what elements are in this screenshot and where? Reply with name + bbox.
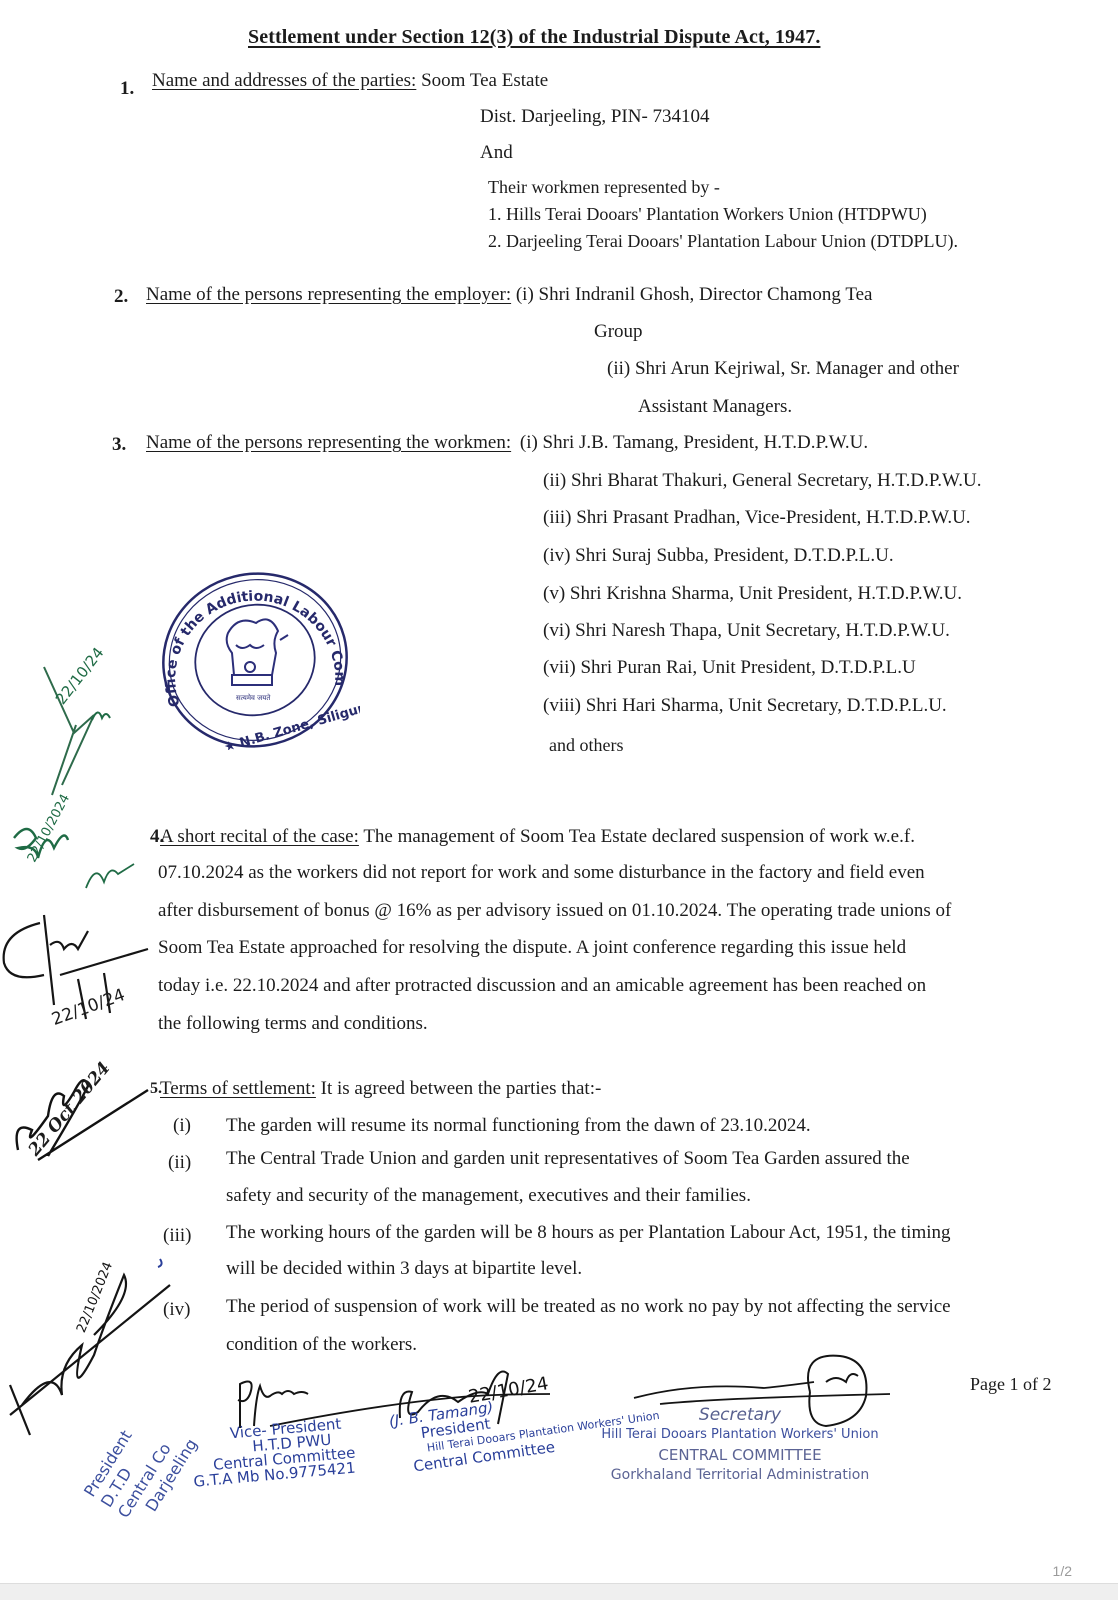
union-1: 1. Hills Terai Dooars' Plantation Worker… bbox=[488, 204, 927, 225]
vice-president-stamp: Vice- President H.T.D PWU Central Commit… bbox=[188, 1416, 357, 1490]
workmen-rep-8: (viii) Shri Hari Sharma, Unit Secretary,… bbox=[543, 695, 947, 717]
page-indicator: 1/2 bbox=[1053, 1563, 1072, 1579]
employer-rep-1: (i) Shri Indranil Ghosh, Director Chamon… bbox=[516, 284, 873, 305]
secretary-stamp-gta: Gorkhaland Territorial Administration bbox=[600, 1465, 880, 1485]
workmen-rep-2: (ii) Shri Bharat Thakuri, General Secret… bbox=[543, 470, 981, 492]
section-2: Name of the persons representing the emp… bbox=[146, 284, 872, 306]
seal-bottom-text: N.B. Zone, Siliguri bbox=[238, 700, 360, 750]
svg-text:★ N.B. Zone, Siliguri: ★ N.B. Zone, Siliguri bbox=[222, 700, 360, 750]
workmen-rep-4: (iv) Shri Suraj Subba, President, D.T.D.… bbox=[543, 545, 894, 567]
section-5: Terms of settlement: It is agreed betwee… bbox=[160, 1078, 601, 1100]
term-2-line-1: The Central Trade Union and garden unit … bbox=[226, 1148, 910, 1170]
section-1-heading: Name and addresses of the parties: bbox=[152, 70, 416, 91]
workmen-rep-3: (iii) Shri Prasant Pradhan, Vice-Preside… bbox=[543, 507, 971, 529]
workmen-rep-6: (vi) Shri Naresh Thapa, Unit Secretary, … bbox=[543, 620, 950, 642]
section-4-heading: A short recital of the case: bbox=[160, 826, 359, 847]
labour-commissioner-seal: Office of the Additional Labour Commissi… bbox=[150, 565, 360, 750]
and-others: and others bbox=[549, 735, 623, 756]
employer-address: Dist. Darjeeling, PIN- 734104 bbox=[480, 106, 710, 128]
secretary-stamp-union: Hill Terai Dooars Plantation Workers' Un… bbox=[600, 1425, 880, 1445]
employer-rep-1-cont: Group bbox=[594, 321, 643, 343]
margin-signature-3 bbox=[82, 848, 152, 898]
secretary-stamp-title: Secretary bbox=[600, 1405, 880, 1425]
section-2-number: 2. bbox=[114, 286, 128, 308]
term-3-line-1: The working hours of the garden will be … bbox=[226, 1222, 951, 1244]
page-label: Page 1 of 2 bbox=[970, 1374, 1051, 1395]
employer-rep-2: (ii) Shri Arun Kejriwal, Sr. Manager and… bbox=[607, 358, 959, 380]
conjunction: And bbox=[480, 142, 513, 164]
seal-outer-text: Office of the Additional Labour Commissi… bbox=[150, 565, 347, 708]
union-2: 2. Darjeeling Terai Dooars' Plantation L… bbox=[488, 231, 958, 252]
employer-rep-2-cont: Assistant Managers. bbox=[638, 396, 792, 418]
term-1-line-1: The garden will resume its normal functi… bbox=[226, 1115, 811, 1137]
recital-line-2: 07.10.2024 as the workers did not report… bbox=[158, 862, 925, 884]
section-3-number: 3. bbox=[112, 434, 126, 456]
section-1-number: 1. bbox=[120, 78, 134, 100]
term-2-num: (ii) bbox=[168, 1152, 191, 1174]
term-4-line-1: The period of suspension of work will be… bbox=[226, 1296, 951, 1318]
secretary-stamp-committee: CENTRAL COMMITTEE bbox=[600, 1445, 880, 1465]
recital-line-6: the following terms and conditions. bbox=[158, 1013, 428, 1035]
section-3: Name of the persons representing the wor… bbox=[146, 432, 868, 454]
section-5-heading: Terms of settlement: bbox=[160, 1078, 316, 1099]
section-1: Name and addresses of the parties: Soom … bbox=[152, 70, 548, 92]
workmen-intro: Their workmen represented by - bbox=[488, 177, 720, 198]
term-1-num: (i) bbox=[173, 1115, 191, 1137]
recital-line-4: Soom Tea Estate approached for resolving… bbox=[158, 937, 906, 959]
term-2-line-2: safety and security of the management, e… bbox=[226, 1185, 751, 1207]
document-title: Settlement under Section 12(3) of the In… bbox=[248, 26, 820, 49]
viewer-bottom-bar bbox=[0, 1583, 1118, 1600]
recital-line-5: today i.e. 22.10.2024 and after protract… bbox=[158, 975, 926, 997]
section-5-intro: It is agreed between the parties that:- bbox=[321, 1078, 602, 1099]
workmen-rep-7: (vii) Shri Puran Rai, Unit President, D.… bbox=[543, 657, 916, 679]
svg-text:Office of the Additional Labou: Office of the Additional Labour Commissi… bbox=[150, 565, 347, 708]
section-4: A short recital of the case: The managem… bbox=[160, 826, 915, 848]
secretary-stamp: Secretary Hill Terai Dooars Plantation W… bbox=[600, 1405, 880, 1485]
workmen-rep-1: (i) Shri J.B. Tamang, President, H.T.D.P… bbox=[520, 432, 868, 453]
recital-line-1: The management of Soom Tea Estate declar… bbox=[363, 826, 915, 847]
term-3-line-2: will be decided within 3 days at biparti… bbox=[226, 1258, 582, 1280]
workmen-rep-5: (v) Shri Krishna Sharma, Unit President,… bbox=[543, 583, 962, 605]
term-3-num: (iii) bbox=[163, 1225, 192, 1247]
svg-text:सत्यमेव जयते: सत्यमेव जयते bbox=[236, 693, 271, 702]
section-2-heading: Name of the persons representing the emp… bbox=[146, 284, 511, 305]
employer-name: Soom Tea Estate bbox=[421, 70, 548, 91]
recital-line-3: after disbursement of bonus @ 16% as per… bbox=[158, 900, 951, 922]
term-4-line-2: condition of the workers. bbox=[226, 1334, 417, 1356]
national-emblem-icon bbox=[227, 619, 288, 685]
section-3-heading: Name of the persons representing the wor… bbox=[146, 432, 511, 453]
